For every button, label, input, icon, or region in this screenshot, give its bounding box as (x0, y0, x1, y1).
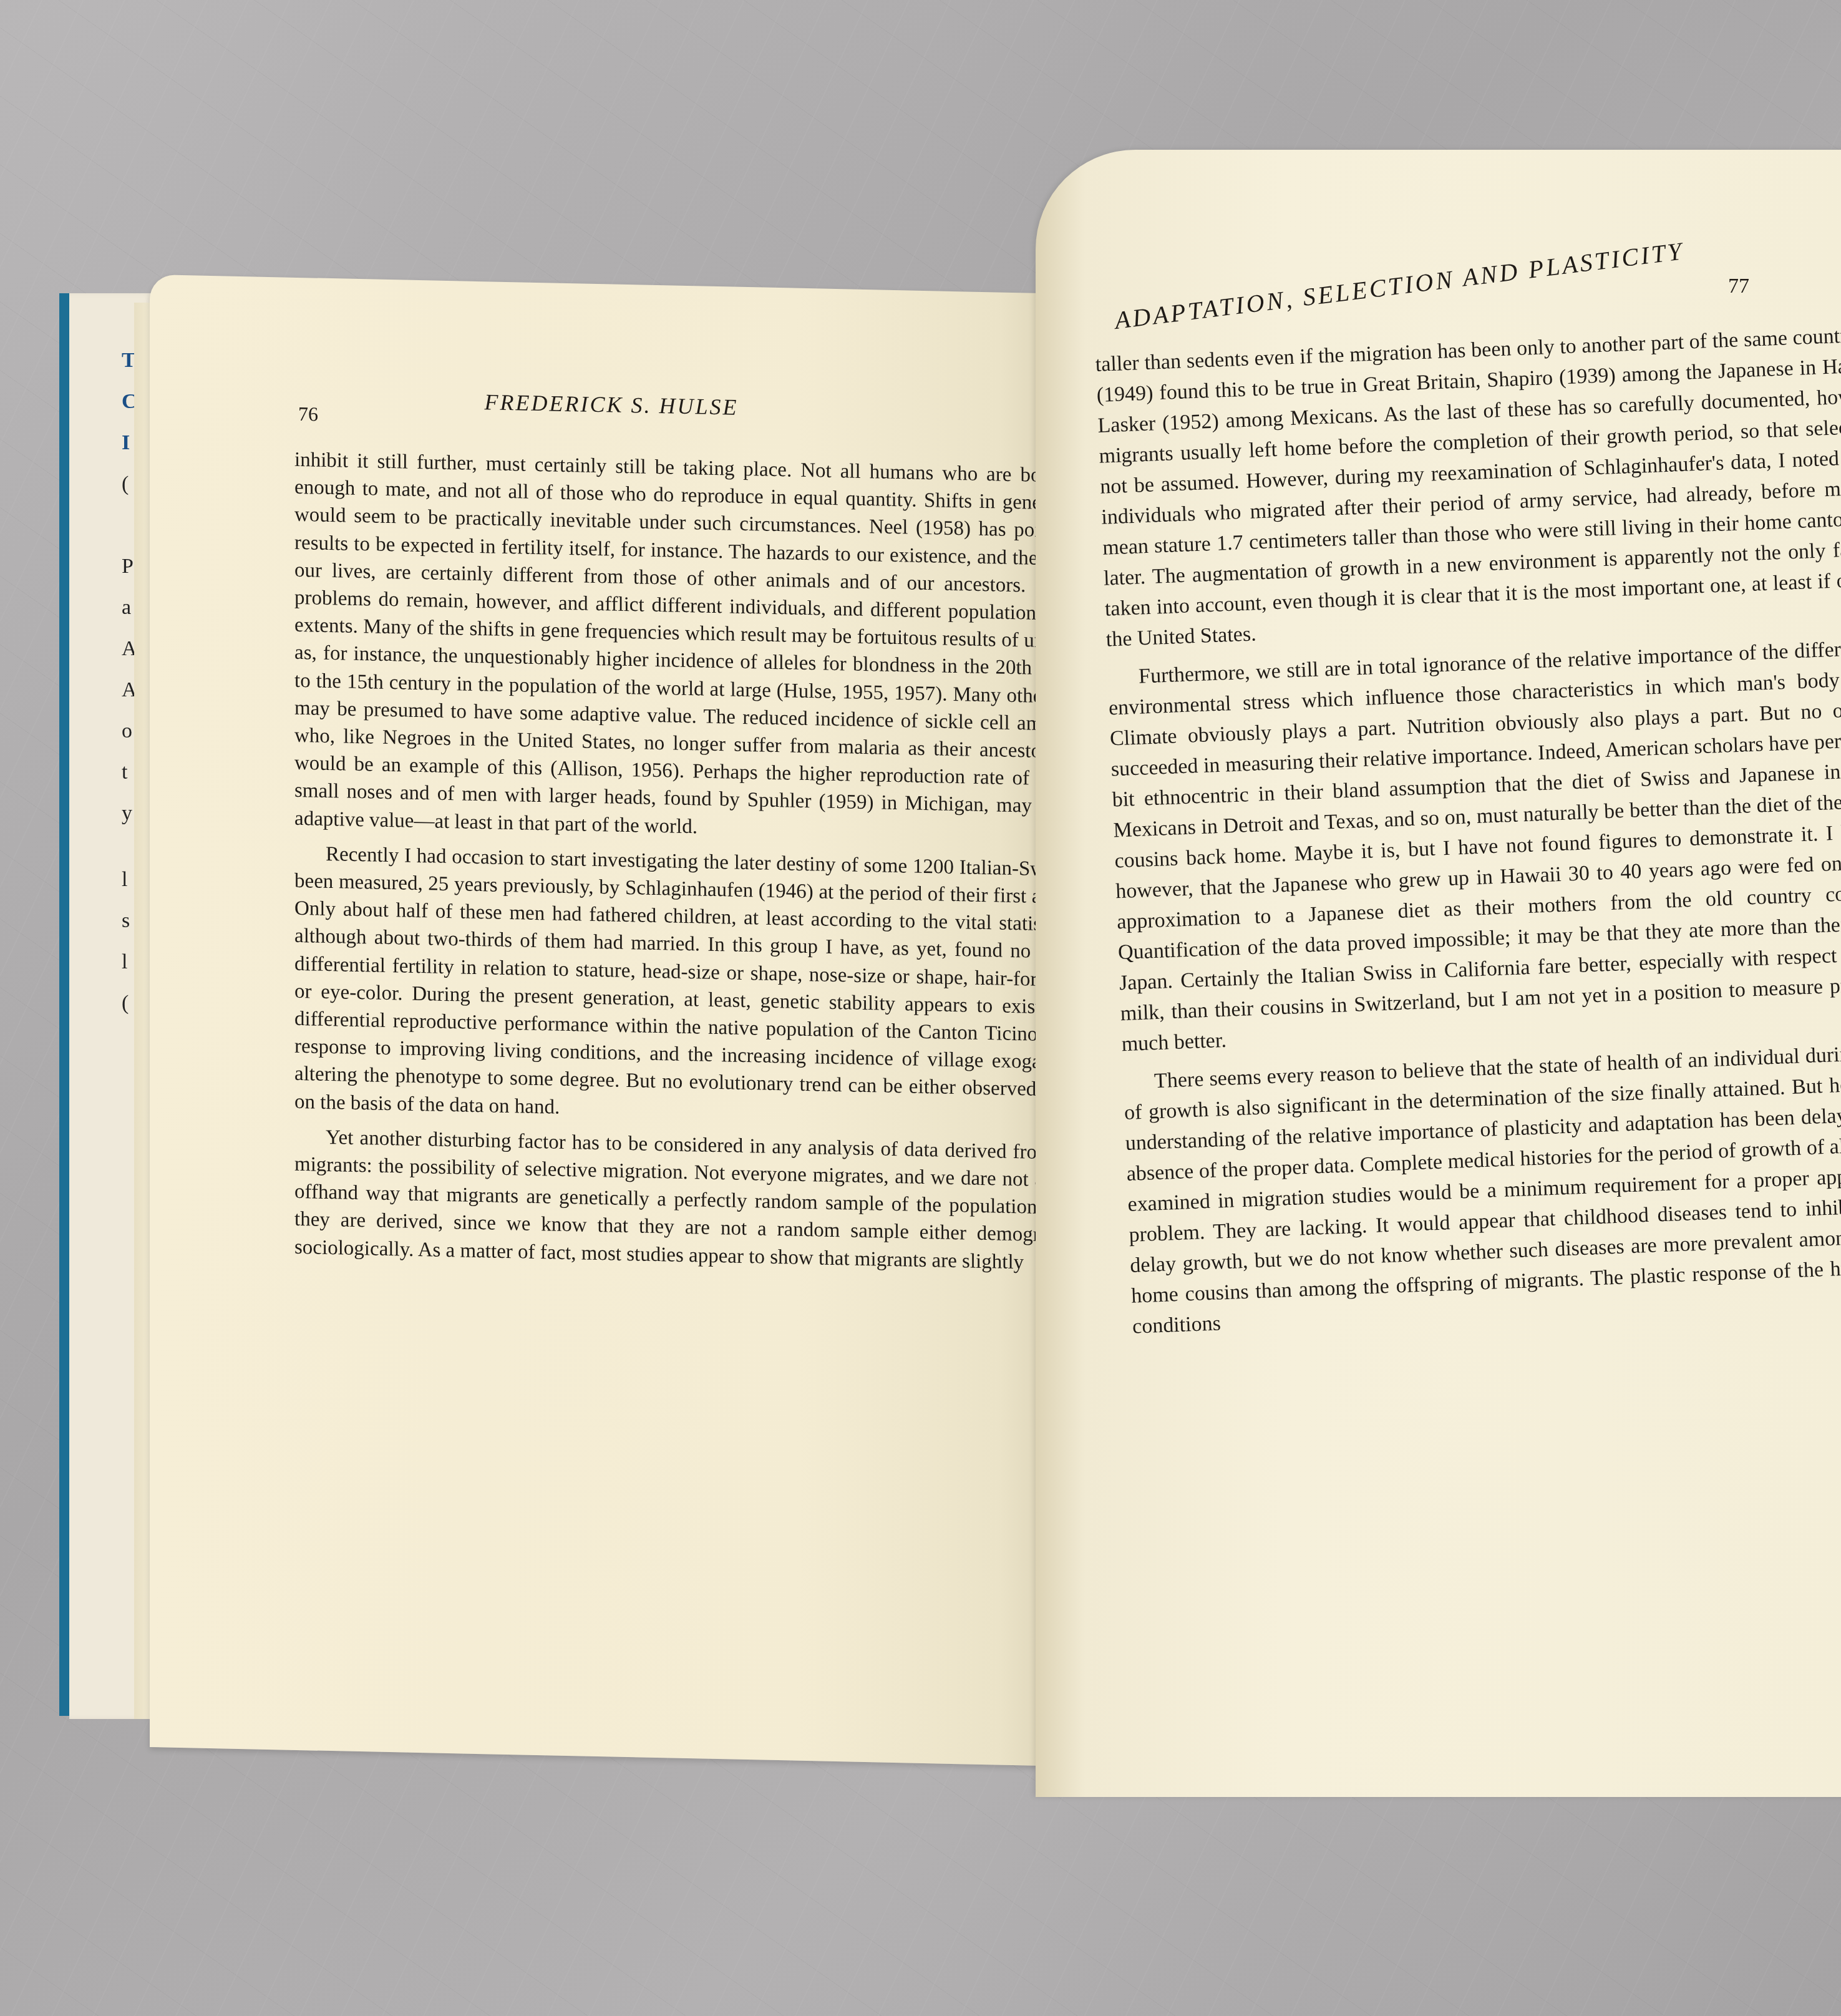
paragraph: inhibit it still further, must certainly… (294, 446, 1143, 850)
paragraph: There seems every reason to believe that… (1122, 1035, 1841, 1342)
running-head-right: ADAPTATION, SELECTION AND PLASTICITY (1113, 236, 1686, 335)
page-number-right: 77 (1728, 275, 1749, 298)
paragraph: Furthermore, we still are in total ignor… (1107, 631, 1841, 1060)
paragraph: Yet another disturbing factor has to be … (294, 1123, 1143, 1279)
running-head-left: FREDERICK S. HULSE (150, 382, 1073, 427)
paragraph: Recently I had occasion to start investi… (294, 840, 1143, 1134)
right-page-body: taller than sedents even if the migratio… (1095, 318, 1841, 1342)
left-page-body: inhibit it still further, must certainly… (294, 446, 1143, 1278)
right-page: ADAPTATION, SELECTION AND PLASTICITY 77 … (1036, 150, 1841, 1797)
book-cover-spine (59, 293, 69, 1716)
page-number-left: 76 (298, 402, 318, 426)
left-page: FREDERICK S. HULSE 76 inhibit it still f… (150, 275, 1073, 1766)
paragraph: taller than sedents even if the migratio… (1095, 318, 1841, 655)
